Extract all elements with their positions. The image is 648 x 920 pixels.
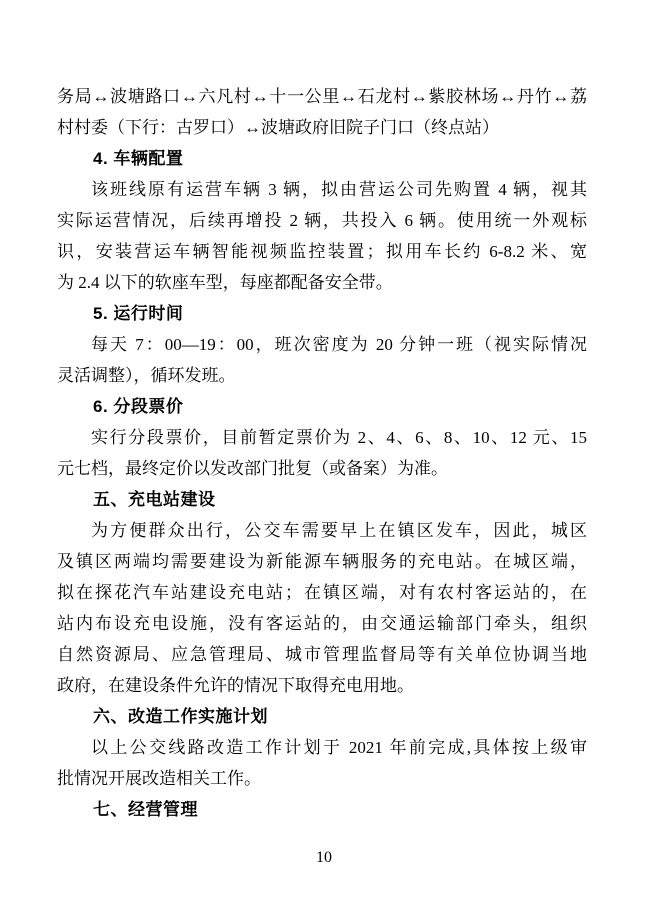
operation-time-line-end: 灵活调整），循环发班。 <box>57 360 587 391</box>
vehicle-config-line: 该班线原有运营车辆 3 辆，拟由营运公司先购置 4 辆，视其 <box>57 174 587 205</box>
implementation-plan-line: 以上公交线路改造工作计划于 2021 年前完成,具体按上级审 <box>57 732 587 763</box>
page-number: 10 <box>0 846 648 870</box>
heading-implementation-plan: 六、改造工作实施计划 <box>57 701 587 732</box>
implementation-plan-line-end: 批情况开展改造相关工作。 <box>57 763 587 794</box>
heading-vehicle-config: 4. 车辆配置 <box>57 143 587 174</box>
route-stops-line-end: 村村委（下行：古罗口）↔波塘政府旧院子门口（终点站） <box>57 112 587 143</box>
charging-station-line-end: 政府，在建设条件允许的情况下取得充电用地。 <box>57 670 587 701</box>
segment-fare-line-end: 元七档，最终定价以发改部门批复（或备案）为准。 <box>57 453 587 484</box>
segment-fare-line: 实行分段票价，目前暂定票价为 2、4、6、8、10、12 元、15 <box>57 422 587 453</box>
vehicle-config-line: 识，安装营运车辆智能视频监控装置；拟用车长约 6-8.2 米、宽 <box>57 236 587 267</box>
charging-station-line: 拟在探花汽车站建设充电站；在镇区端，对有农村客运站的，在 <box>57 577 587 608</box>
heading-operation-time: 5. 运行时间 <box>57 298 587 329</box>
document-body: 务局↔波塘路口↔六凡村↔十一公里↔石龙村↔紫胶林场↔丹竹↔荔 村村委（下行：古罗… <box>57 81 587 825</box>
heading-charging-station: 五、充电站建设 <box>57 484 587 515</box>
charging-station-line: 站内布设充电设施，没有客运站的，由交通运输部门牵头，组织 <box>57 608 587 639</box>
heading-segment-fare: 6. 分段票价 <box>57 391 587 422</box>
document-page: 务局↔波塘路口↔六凡村↔十一公里↔石龙村↔紫胶林场↔丹竹↔荔 村村委（下行：古罗… <box>0 0 648 920</box>
charging-station-line: 为方便群众出行，公交车需要早上在镇区发车，因此，城区 <box>57 515 587 546</box>
vehicle-config-line: 实际运营情况，后续再增投 2 辆，共投入 6 辆。使用统一外观标 <box>57 205 587 236</box>
operation-time-line: 每天 7：00—19：00，班次密度为 20 分钟一班（视实际情况 <box>57 329 587 360</box>
charging-station-line: 自然资源局、应急管理局、城市管理监督局等有关单位协调当地 <box>57 639 587 670</box>
charging-station-line: 及镇区两端均需要建设为新能源车辆服务的充电站。在城区端， <box>57 546 587 577</box>
vehicle-config-line-end: 为 2.4 以下的软座车型，每座都配备安全带。 <box>57 267 587 298</box>
heading-business-management: 七、经营管理 <box>57 794 587 825</box>
route-stops-line: 务局↔波塘路口↔六凡村↔十一公里↔石龙村↔紫胶林场↔丹竹↔荔 <box>57 81 587 112</box>
